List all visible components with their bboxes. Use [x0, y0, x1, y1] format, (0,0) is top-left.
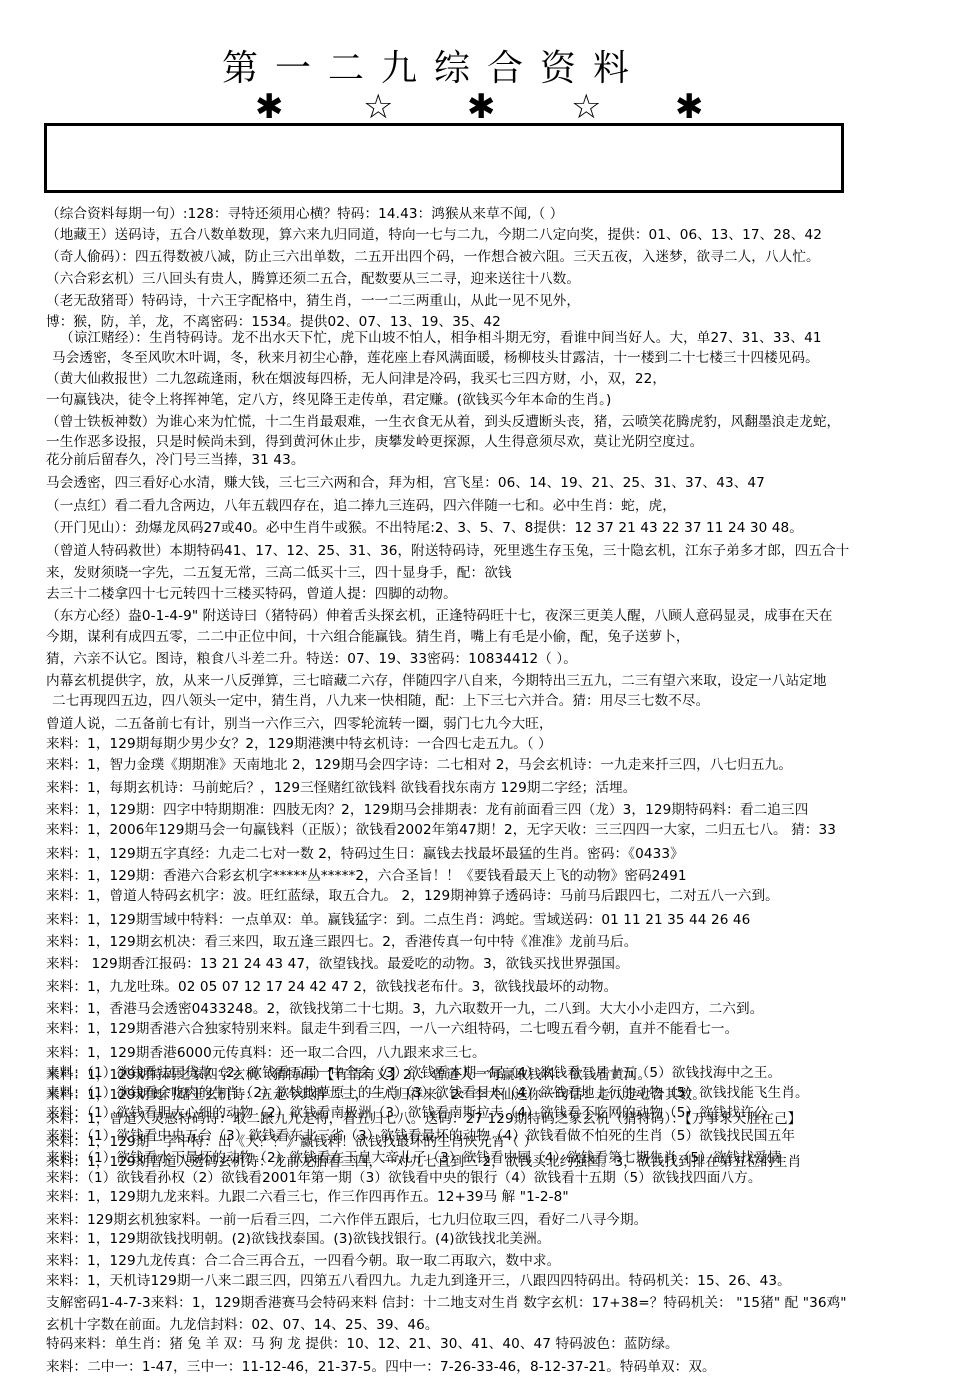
text-line: 来料：1，129期香港6000元传真料：还一取二合四，八九跟来求三七。: [46, 1044, 486, 1062]
text-line: 去三十二楼拿四十七元转四十三楼买特码，曾道人提：四脚的动物。: [46, 585, 457, 603]
text-line: 马会透密，冬至风吹木叶调，冬，秋来月初尘心静，莲花座上春风满面暖，杨柳枝头甘露洁…: [52, 349, 819, 367]
text-line: 花分前后留春久，冷门号三当捧，31 43。: [46, 451, 305, 469]
text-line: （六合彩玄机）三八回头有贵人，腾算还须二五合，配数要从三二寻，迎来送往十八数。: [46, 270, 580, 288]
text-line: 来料：1，129九龙传真：合二合三再合五，一四看今朝。取一取二再取六，数中求。: [46, 1252, 560, 1270]
text-line: 玄机十字数在前面。九龙信封料：02、07、14、25、39、46。: [46, 1316, 439, 1334]
text-line: 来料：129期玄机独家料。一前一后看三四，二六作伴五跟后，七九归位取三四，看好二…: [46, 1211, 647, 1229]
text-line: 来料：（1）欲钱看水下最坏的动物（2）欲钱看在玉皇大帝儿子（3）欲钱看中国（4）…: [46, 1149, 781, 1167]
text-line: （一点红）看二看九含两边，八年五载四存在，追二捧九三连码，四六伴随一七和。必中生…: [46, 497, 676, 515]
text-line: 来，发财须晓一字先，二五复无常，三高二低买十三，四十显身手，配：欲钱: [46, 564, 512, 582]
document-body: （综合资料每期一句）:128：寻特还须用心横？特码：14.43：鸿猴从来草不闻,…: [0, 0, 972, 1388]
text-line: 来料：1，129期玄机决：看三来四，取五逢三跟四七。2，香港传真一句中特《准准》…: [46, 933, 638, 951]
text-line: 内幕玄机提供字，放，从来一八反弹算，三七暗藏二六存，伴随四字八自来，今期特出三五…: [46, 672, 827, 690]
text-line: 来料：1，129期：香港六合彩玄机字*****丛*****2，六合圣旨！！《要钱…: [46, 867, 687, 885]
text-line: 来料：（1）欲钱看中央五台（3）欲钱看东北三省（3）欲钱看最坏的动物（4）欲钱看…: [46, 1127, 795, 1145]
text-line: （老无敌猪哥）特码诗，十六王字配格中，猜生肖，一一二三两重山，从此一见不见外，: [46, 292, 580, 310]
text-line: 来料：1，129期五字真经：九走二七对一数 2，特码过生日：赢钱去找最坏最猛的生…: [46, 845, 684, 863]
text-line: 来料：1，129期雪域中特料：一点单双：单。赢钱猛字：到。二点生肖：鸿蛇。雪域送…: [46, 911, 750, 929]
text-line: 来料： 129期香江报码：13 21 24 43 47，欲望钱找。最爱吃的动物。…: [46, 955, 629, 973]
text-line: 来料：（1）欲钱看法国贷款（2）欲钱看五届一中全会（3）欲钱看本期一尾（4）欲钱…: [46, 1064, 781, 1082]
text-line: （地藏王）送码诗，五合八数单数现，算六来九归同道，特向一七与二九，今期二八定向奖…: [46, 226, 822, 244]
text-line: 来料：（1）欲钱看会吃肉的生肖（2）欲钱找草原上的生肖（3）欲钱看日本（4）欲钱…: [46, 1084, 809, 1102]
text-line: 一句赢钱决，徒令上将挥神笔，定八方，终见降王走传单，君定赚。(欲钱买今年本命的生…: [46, 391, 611, 409]
text-line: （曾道人特码救世）本期特码41、17、12、25、31、36，附送特码诗，死里逃…: [46, 542, 849, 560]
text-line: 来料：1，129期九龙来料。九跟二六看三七，作三作四再作五。12+39马 解 "…: [46, 1188, 569, 1206]
text-line: （黄大仙救报世）二九忽疏逢雨，秋在烟波每四桥，无人问津是冷码，我买七三四方财，小…: [46, 370, 666, 388]
text-line: （曾士铁板神数）为谁心来为忙慌，十二生肖最艰难，一生衣食无从着，到头反遭断头丧，…: [46, 413, 840, 431]
text-line: 来料：1，129期：四字中特期期准：四肢无肉？2，129期马会排期表：龙有前面看…: [46, 801, 808, 819]
text-line: 猜，六亲不认它。图诗，粮食八斗差二升。特送：07、19、33密码：1083441…: [46, 650, 577, 668]
text-line: 来料：1，曾道人特码玄机字：波。旺红蓝绿，取五合九。 2，129期神算子透码诗：…: [46, 887, 779, 905]
text-line: （综合资料每期一句）:128：寻特还须用心横？特码：14.43：鸿猴从来草不闻,…: [46, 205, 563, 223]
text-line: 来料：1，129期每期少男少女？2，129期港澳中特玄机诗：一合四七走五九。（ …: [46, 735, 552, 753]
text-line: 来料：1，香港马会透密0433248。2，欲钱找第二十七期。3，九六取数开一九，…: [46, 1000, 763, 1018]
text-line: 来料：1，每期玄机诗：马前蛇后？，129三怪赌红欲钱料 欲钱看找东南方 129期…: [46, 779, 636, 797]
text-line: （谅江赌经）：生肖特码诗。龙不出水天下忙，虎下山坡不怕人，相争相斗期无穷，看谁中…: [60, 329, 822, 347]
text-line: 今期，谋利有成四五零，二二中正位中间，十六组合能赢钱。猜生肖，嘴上有毛是小偷，配…: [46, 628, 690, 646]
text-line: 马会透密，四三看好心水清，赚大钱，三七三六两和合，拜为相，宫飞星：06、14、1…: [46, 474, 765, 492]
text-line: 来料：（1）欲钱看孙权（2）欲钱看2001年第一期（3）欲钱看中央的银行（4）欲…: [46, 1169, 762, 1187]
text-line: 特码来料：单生肖：猪 兔 羊 双：马 狗 龙 提供：10、12、21、30、41…: [46, 1335, 679, 1353]
text-line: 来料：1，天机诗129期一八来二跟三四，四第五八看四九。九走九到逢开三，八跟四四…: [46, 1272, 791, 1290]
text-line: （东方心经）盎0-1-4-9" 附送诗曰（猪特码）伸着舌头探玄机，正逢特码旺十七…: [46, 607, 833, 625]
text-line: 曾道人说，二五备前七有计，别当一六作三六，四零轮流转一圈，弱门七九今大旺，: [46, 715, 553, 733]
text-line: （开门见山）：劲爆龙凤码27或40。必中生肖牛或猴。不出特尾:2、3、5、7、8…: [46, 519, 803, 537]
text-line: 来料：1，九龙吐珠。02 05 07 12 17 24 42 47 2，欲钱找老…: [46, 978, 617, 996]
text-line: （奇人偷码）：四五得数被八减，防止三六出单数，二五开出四个码，一作想合被六阻。三…: [46, 248, 820, 266]
text-line: 来料：1，智力金璞《期期准》天南地北 2，129期马会四字诗：二七相对 2，马会…: [46, 756, 792, 774]
text-line: 二七再现四五边，四八领头一定中，猜生肖，八九来一快相随，配：上下三七六并合。猜：…: [52, 692, 709, 710]
text-line: 来料：1，129期欲钱找明朝。(2)欲钱找泰国。(3)欲钱找银行。(4)欲钱找北…: [46, 1230, 550, 1248]
text-line: 支解密码1-4-7-3来料：1，129期香港赛马会特码来料 信封：十二地支对生肖…: [46, 1294, 847, 1312]
text-line: 来料：（1）欲钱看胆大心细的动物（2）欲钱看南极洲（3）欲钱看南斯拉夫（4）欲钱…: [46, 1104, 768, 1122]
text-line: 来料：1，2006年129期马会一句赢钱料（正版）；欲钱看2002年第47期！2…: [46, 821, 836, 839]
text-line: 来料：1，129期香港六合独家特别来料。鼠走牛到看三四，一八一六组特码，二七嗖五…: [46, 1020, 738, 1038]
text-line: 来料：二中一：1-47，三中一：11-12-46，21-37-5。四中一：7-2…: [46, 1358, 716, 1376]
text-line: 一生作恶多设报，只是时候尚未到，得到黄河休止步，庚攀发岭更探源，人生得意须尽欢，…: [46, 433, 703, 451]
